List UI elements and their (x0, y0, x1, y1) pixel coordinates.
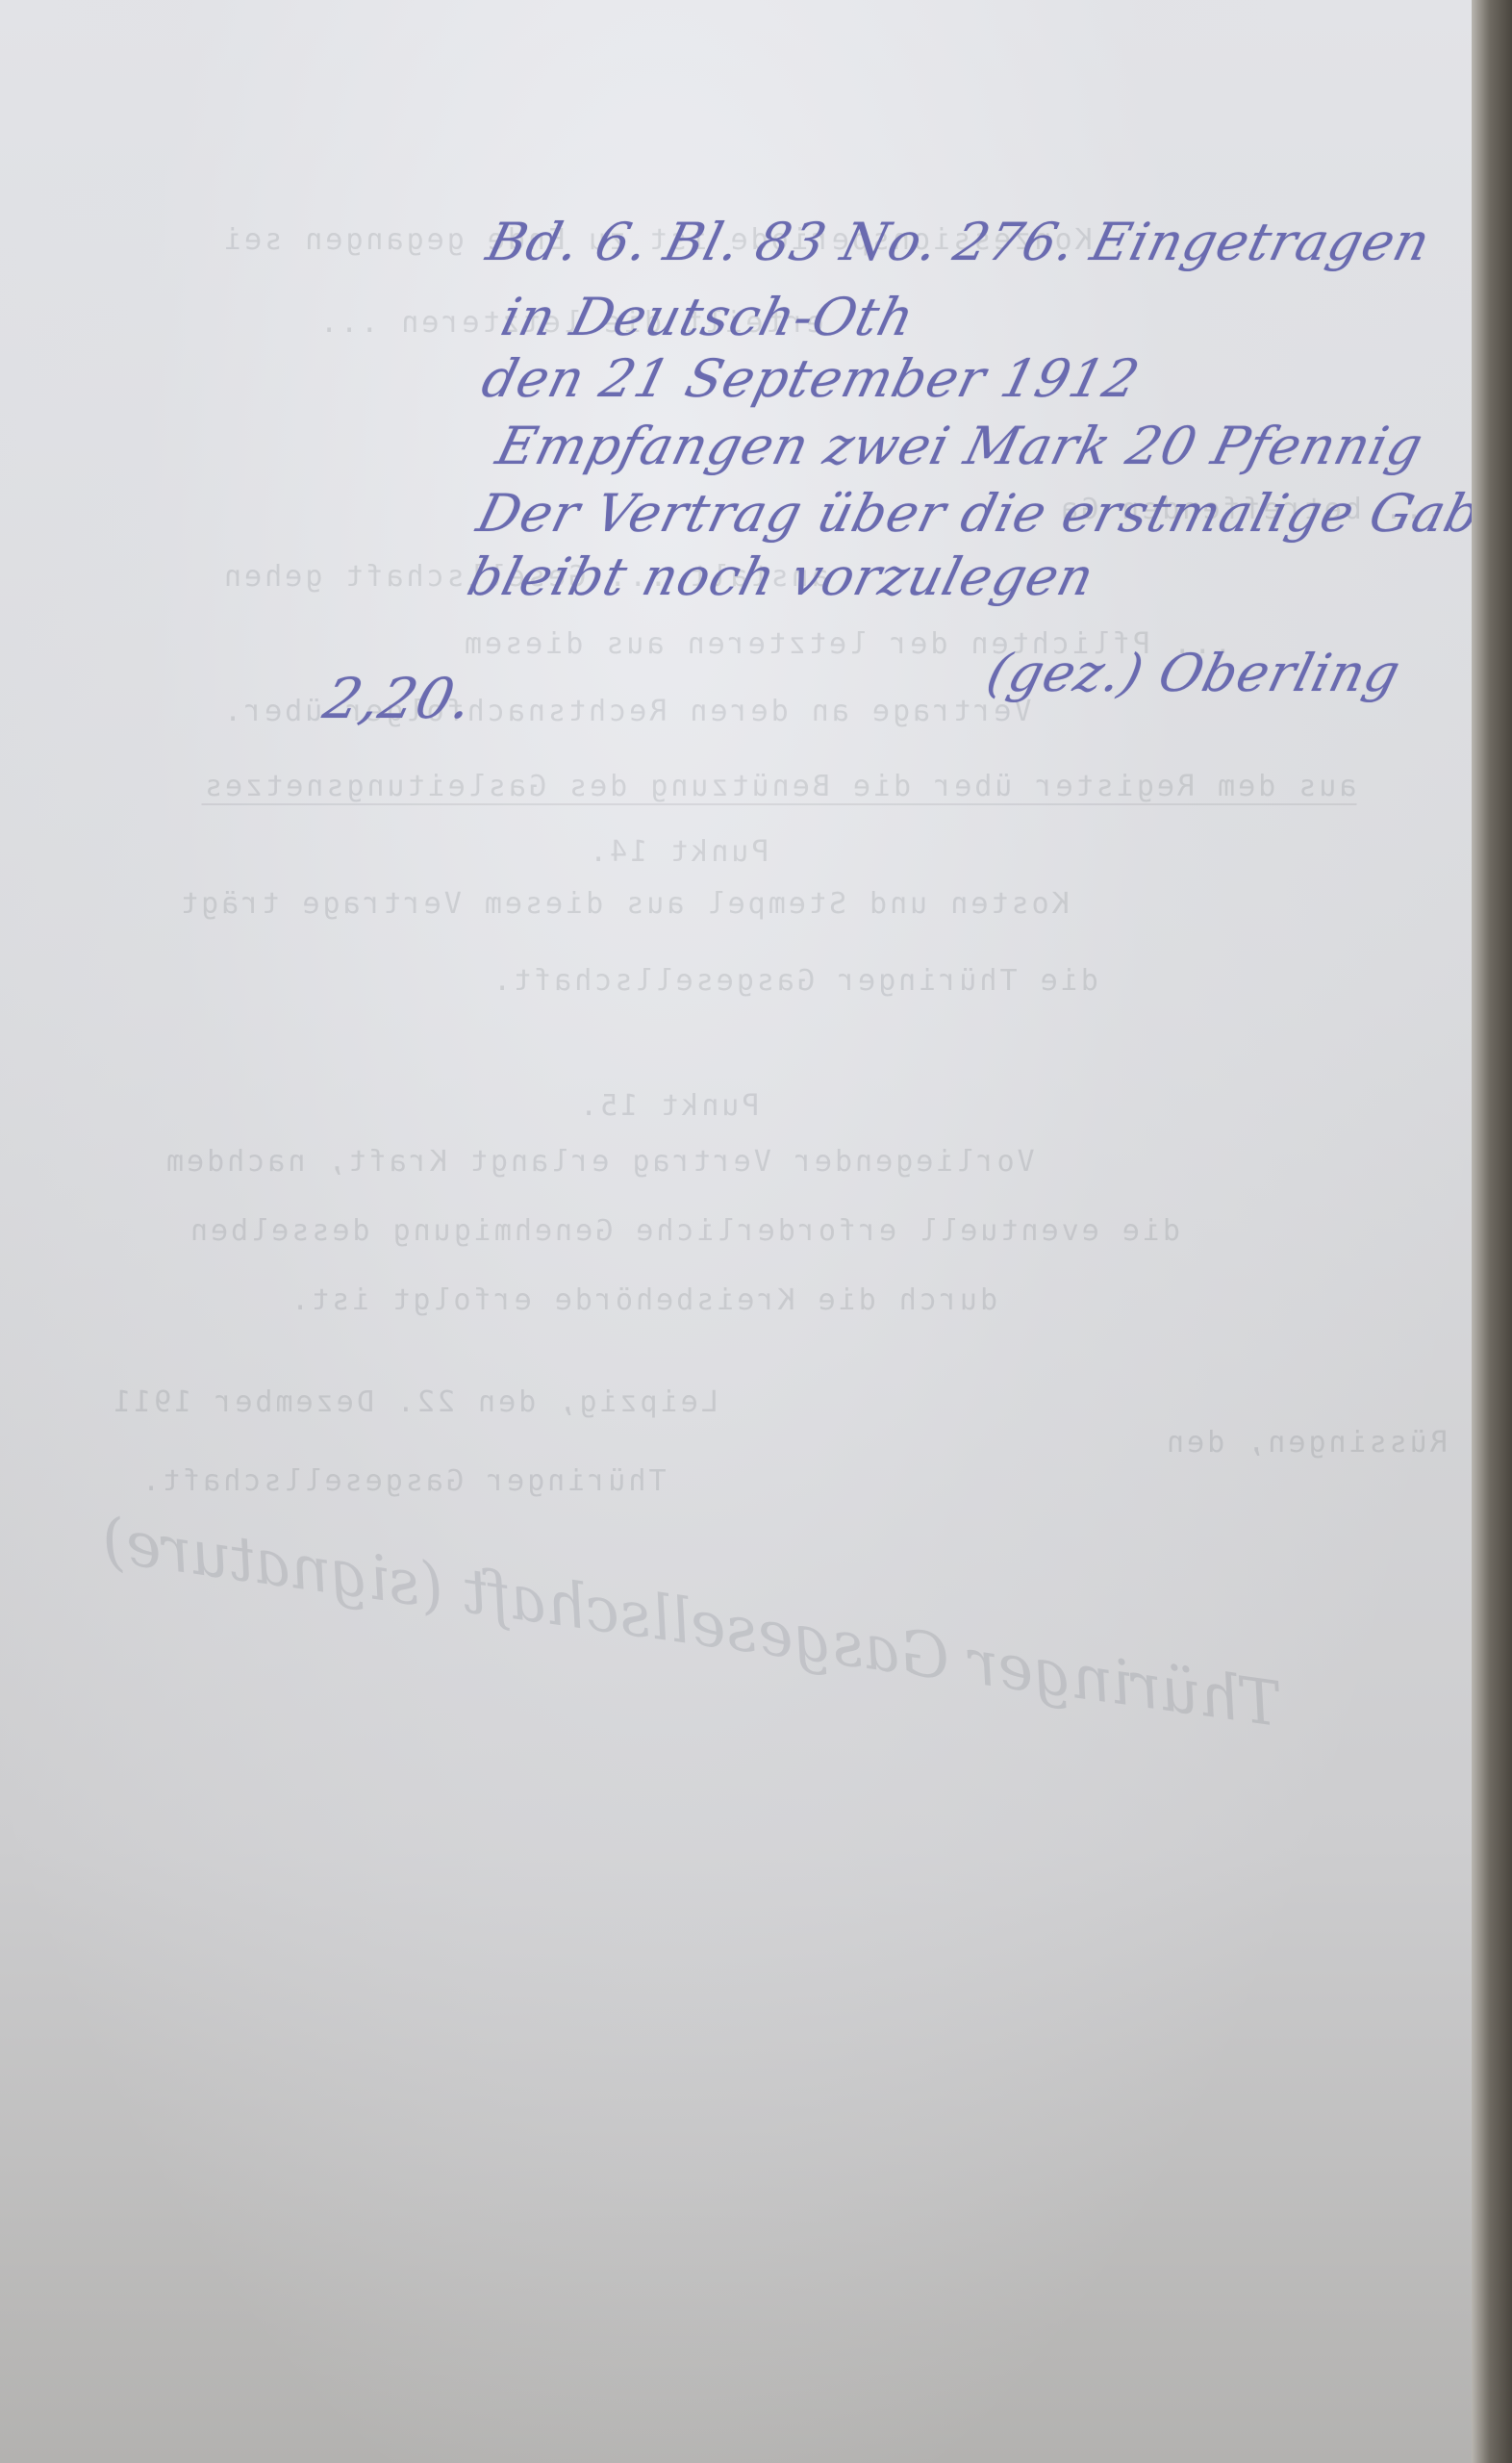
handwritten-line-pending: bleibt noch vorzulegen (462, 546, 1100, 607)
bleed-text-line: Leipzig, den 22. Dezember 1911 (111, 1385, 718, 1419)
handwritten-line-received: Empfangen zwei Mark 20 Pfennig (491, 416, 1429, 476)
handwritten-signature: (gez.) Oberling (981, 643, 1407, 703)
bleed-text-line: Kosten und Stempel aus diesem Vertrage t… (178, 887, 1070, 921)
handwritten-line-location: in Deutsch-Oth (495, 287, 920, 347)
binding-edge (1472, 0, 1512, 2463)
handwritten-line-registry: Bd. 6. Bl. 83 No. 276. Eingetragen (481, 212, 1437, 272)
bleed-text-line: Vorliegender Vertrag erlangt Kraft, nach… (164, 1145, 1035, 1179)
handwritten-line-date: den 21 September 1912 (476, 348, 1146, 409)
bleed-text-line: Thüringer Gasgesellschaft. (139, 1464, 667, 1498)
bleed-text-line: durch die Kreisbehörde erfolgt ist. (289, 1283, 997, 1317)
bleed-text-line: aus dem Register über die Benützung des … (202, 770, 1357, 805)
bleed-signature: Thüringer Gasgesellschaft (signature) (97, 1505, 1285, 1740)
bleed-text-line: Rüssingen, den (1164, 1426, 1448, 1460)
handwritten-amount: 2,20. (317, 666, 481, 731)
handwritten-line-contract: Der Vertrag über die erstmalige Gabel. (471, 483, 1512, 544)
bleed-text-heading: Punkt 15. (577, 1089, 760, 1123)
bleed-text-heading: Punkt 14. (587, 835, 769, 869)
document-page: Konzessionsperiode ist zu Ende gegangen … (0, 0, 1472, 2463)
bleed-text-line: die Thüringer Gasgesellschaft. (491, 964, 1098, 998)
bleed-text-line: die eventuell erforderliche Genehmigung … (188, 1214, 1180, 1248)
